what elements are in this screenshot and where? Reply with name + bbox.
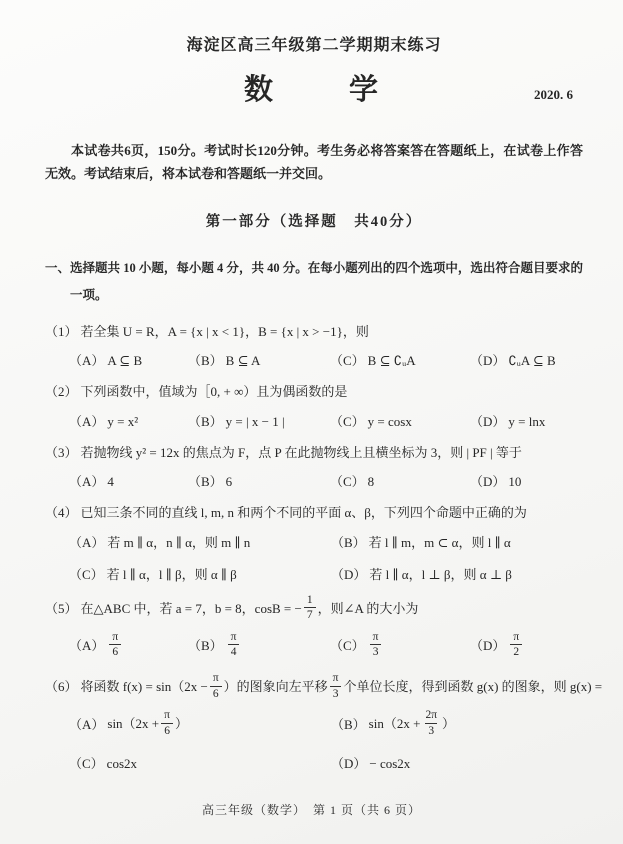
option-a: （A）若 m ∥ α，n ∥ α，则 m ∥ n [69, 532, 331, 551]
option-label: （B） [188, 638, 223, 653]
option-label: （B） [331, 535, 366, 550]
question-text: 个单位长度，得到函数 g(x) 的图象，则 g(x) = [343, 679, 602, 694]
question-text: 下列函数中，值域为［0, + ∞）且为偶函数的是 [81, 384, 348, 399]
option-label: （A） [69, 535, 104, 550]
section1-instruction: 一、选择题共 10 小题，每小题 4 分，共 40 分。在每小题列出的四个选项中… [45, 255, 583, 309]
fraction: π4 [228, 631, 240, 659]
fraction: π6 [109, 631, 121, 659]
subject-row: 数 学 2020. 6 [45, 67, 583, 109]
fraction-denominator: 2 [510, 644, 522, 659]
option-c: （C）y = cosx [330, 411, 470, 430]
question-text: 在△ABC 中，若 a = 7，b = 8，cosB = − [81, 601, 302, 616]
option-text: y = | x − 1 | [226, 414, 285, 429]
question-text: ）的图象向左平移 [224, 679, 328, 694]
fraction: 2π3 [422, 709, 440, 737]
fraction-denominator: 3 [370, 644, 382, 659]
option-label: （D） [470, 638, 505, 653]
options-row: （A）π6 （B）π4 （C）π3 （D）π2 [45, 633, 583, 661]
option-d: （D）y = lnx [470, 411, 583, 430]
question-stem: （4）已知三条不同的直线 l, m, n 和两个不同的平面 α、β，下列四个命题… [45, 503, 583, 523]
option-label: （D） [331, 567, 366, 582]
option-label: （B） [188, 474, 223, 489]
option-label: （A） [69, 638, 104, 653]
question-3: （3）若抛物线 y² = 12x 的焦点为 F，点 P 在此抛物线上且横坐标为 … [45, 443, 583, 491]
fraction: π6 [210, 672, 222, 700]
fraction-numerator: π [510, 631, 522, 645]
option-c: （C）8 [330, 471, 470, 490]
option-label: （C） [330, 638, 365, 653]
fraction-denominator: 3 [425, 723, 437, 738]
question-stem: （3）若抛物线 y² = 12x 的焦点为 F，点 P 在此抛物线上且横坐标为 … [45, 443, 583, 463]
question-stem: （5）在△ABC 中，若 a = 7，b = 8，cosB = −17，则∠A … [45, 596, 583, 624]
option-label: （C） [69, 567, 104, 582]
option-text: 若 l ∥ m，m ⊂ α，则 l ∥ α [369, 535, 511, 550]
question-1: （1）若全集 U = R，A = {x | x < 1}，B = {x | x … [45, 322, 583, 370]
fraction-numerator: 1 [304, 594, 316, 608]
options-row: （A）若 m ∥ α，n ∥ α，则 m ∥ n （B）若 l ∥ m，m ⊂ … [45, 532, 583, 551]
option-label: （C） [330, 353, 365, 368]
question-text: 将函数 f(x) = sin（2x − [81, 679, 208, 694]
option-d: （D）π2 [470, 633, 583, 661]
fraction: π3 [330, 672, 342, 700]
option-a: （A）sin（2x +π6） [69, 711, 331, 739]
option-label: （A） [69, 353, 104, 368]
question-number: （2） [45, 384, 78, 399]
question-text: 若全集 U = R，A = {x | x < 1}，B = {x | x > −… [81, 324, 369, 339]
option-b: （B）B ⊆ A [188, 350, 330, 369]
question-text: 若抛物线 y² = 12x 的焦点为 F，点 P 在此抛物线上且横坐标为 3，则… [81, 445, 522, 460]
question-text: ，则∠A 的大小为 [318, 601, 419, 616]
option-text: sin（2x + [369, 717, 421, 732]
fraction: π6 [161, 709, 173, 737]
question-text: 已知三条不同的直线 l, m, n 和两个不同的平面 α、β，下列四个命题中正确… [81, 505, 527, 520]
option-d: （D）∁ᵤA ⊆ B [470, 350, 583, 369]
page-footer: 高三年级（数学） 第 1 页（共 6 页） [0, 801, 623, 818]
fraction-numerator: π [109, 631, 121, 645]
option-c: （C）B ⊆ ∁ᵤA [330, 350, 470, 369]
fraction-denominator: 3 [330, 686, 342, 701]
option-text: 若 l ∥ α，l ⊥ β，则 α ⊥ β [369, 567, 512, 582]
question-stem: （2）下列函数中，值域为［0, + ∞）且为偶函数的是 [45, 382, 583, 402]
option-label: （C） [330, 414, 365, 429]
option-d: （D）− cos2x [331, 753, 583, 772]
option-text: 4 [107, 474, 114, 489]
option-b: （B）y = | x − 1 | [188, 411, 330, 430]
option-text: 8 [368, 474, 375, 489]
exam-page: 海淀区高三年级第二学期期末练习 数 学 2020. 6 本试卷共6页，150分。… [0, 0, 623, 844]
option-text: y = cosx [368, 414, 412, 429]
option-a: （A）y = x² [69, 411, 188, 430]
option-label: （B） [188, 353, 223, 368]
options-row: （A）y = x² （B）y = | x − 1 | （C）y = cosx （… [45, 411, 583, 430]
options-row: （A）sin（2x +π6） （B）sin（2x +2π3） [45, 711, 583, 739]
option-c: （C）π3 [330, 633, 470, 661]
option-text: 6 [226, 474, 233, 489]
fraction-numerator: π [370, 631, 382, 645]
question-5: （5）在△ABC 中，若 a = 7，b = 8，cosB = −17，则∠A … [45, 596, 583, 662]
option-text: y = x² [107, 414, 138, 429]
option-text: 若 m ∥ α，n ∥ α，则 m ∥ n [107, 535, 250, 550]
question-4: （4）已知三条不同的直线 l, m, n 和两个不同的平面 α、β，下列四个命题… [45, 503, 583, 583]
option-label: （D） [470, 353, 505, 368]
option-text: 10 [508, 474, 521, 489]
fraction-numerator: π [210, 672, 222, 686]
question-number: （1） [45, 324, 78, 339]
option-d: （D）10 [470, 471, 583, 490]
option-text: ） [175, 717, 188, 732]
fraction-denominator: 6 [161, 723, 173, 738]
fraction-denominator: 7 [304, 607, 316, 622]
option-text: A ⊆ B [107, 353, 142, 368]
option-label: （D） [470, 474, 505, 489]
question-number: （6） [45, 679, 78, 694]
option-label: （A） [69, 414, 104, 429]
fraction: π2 [510, 631, 522, 659]
option-text: cos2x [107, 756, 137, 771]
question-number: （3） [45, 445, 78, 460]
option-text: B ⊆ A [226, 353, 261, 368]
option-text: − cos2x [369, 756, 410, 771]
fraction-denominator: 6 [210, 686, 222, 701]
subject-title: 数 学 [244, 74, 384, 106]
exam-title: 海淀区高三年级第二学期期末练习 [45, 32, 583, 55]
exam-notice: 本试卷共6页，150分。考试时长120分钟。考生务必将答案答在答题纸上，在试卷上… [45, 139, 583, 186]
option-b: （B）π4 [188, 633, 330, 661]
option-text: sin（2x + [107, 717, 159, 732]
option-text: ∁ᵤA ⊆ B [508, 353, 555, 368]
fraction: π3 [370, 631, 382, 659]
option-text: y = lnx [508, 414, 545, 429]
option-a: （A）π6 [69, 633, 188, 661]
question-number: （5） [45, 601, 78, 616]
option-label: （A） [69, 717, 104, 732]
option-b: （B）6 [188, 471, 330, 490]
exam-date: 2020. 6 [534, 87, 573, 103]
option-d: （D）若 l ∥ α，l ⊥ β，则 α ⊥ β [331, 564, 583, 583]
option-label: （B） [331, 717, 366, 732]
option-text: B ⊆ ∁ᵤA [368, 353, 416, 368]
fraction-numerator: π [161, 709, 173, 723]
question-stem: （1）若全集 U = R，A = {x | x < 1}，B = {x | x … [45, 322, 583, 342]
option-a: （A）4 [69, 471, 188, 490]
question-number: （4） [45, 505, 78, 520]
part1-title: 第一部分（选择题 共40分） [45, 210, 583, 231]
fraction-numerator: π [228, 631, 240, 645]
options-row: （A）A ⊆ B （B）B ⊆ A （C）B ⊆ ∁ᵤA （D）∁ᵤA ⊆ B [45, 350, 583, 369]
option-label: （C） [330, 474, 365, 489]
option-label: （A） [69, 474, 104, 489]
option-text: 若 l ∥ α，l ∥ β，则 α ∥ β [107, 567, 237, 582]
options-row: （A）4 （B）6 （C）8 （D）10 [45, 471, 583, 490]
option-text: ） [442, 717, 455, 732]
option-b: （B）sin（2x +2π3） [331, 711, 583, 739]
option-b: （B）若 l ∥ m，m ⊂ α，则 l ∥ α [331, 532, 583, 551]
option-a: （A）A ⊆ B [69, 350, 188, 369]
option-c: （C）若 l ∥ α，l ∥ β，则 α ∥ β [69, 564, 331, 583]
fraction-numerator: π [330, 672, 342, 686]
option-c: （C）cos2x [69, 753, 331, 772]
fraction: 17 [304, 594, 316, 622]
option-label: （B） [188, 414, 223, 429]
option-label: （D） [470, 414, 505, 429]
fraction-numerator: 2π [422, 709, 440, 723]
options-row: （C）若 l ∥ α，l ∥ β，则 α ∥ β （D）若 l ∥ α，l ⊥ … [45, 564, 583, 583]
option-label: （C） [69, 756, 104, 771]
fraction-denominator: 4 [228, 644, 240, 659]
option-label: （D） [331, 756, 366, 771]
question-6: （6）将函数 f(x) = sin（2x −π6）的图象向左平移π3个单位长度，… [45, 674, 583, 772]
fraction-denominator: 6 [109, 644, 121, 659]
question-stem: （6）将函数 f(x) = sin（2x −π6）的图象向左平移π3个单位长度，… [45, 674, 583, 702]
question-2: （2）下列函数中，值域为［0, + ∞）且为偶函数的是 （A）y = x² （B… [45, 382, 583, 430]
options-row: （C）cos2x （D）− cos2x [45, 753, 583, 772]
